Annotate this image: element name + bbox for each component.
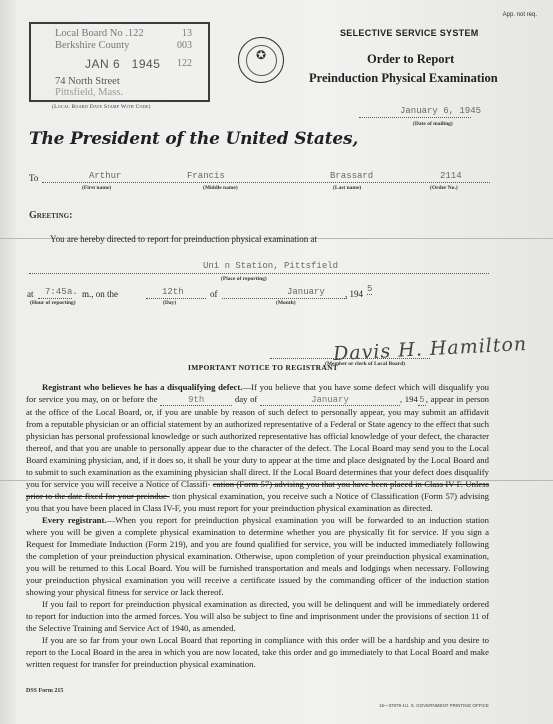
at-label: at (27, 289, 34, 299)
stamp-line-3: 74 North Street (55, 76, 120, 87)
report-day: 12th (162, 287, 184, 297)
form-id: DSS Form 215 (26, 688, 63, 694)
stamp-line-4: Pittsfield, Mass. (55, 87, 123, 98)
greeting: Greeting: (29, 210, 72, 221)
salutation: The President of the United States, (29, 129, 358, 149)
middle-name: Francis (187, 171, 225, 181)
first-name-caption: (First name) (82, 185, 111, 191)
document-title-line-1: Order to Report (367, 52, 454, 67)
defect-text-d: , appear in person at the office of the … (26, 394, 489, 489)
place-of-reporting: Uni n Station, Pittsfield (203, 261, 338, 271)
directive-text: You are hereby directed to report for pr… (50, 234, 317, 244)
mailing-date-caption: (Date of mailing) (413, 121, 453, 127)
stamp-caption: (Local Board Date Stamp With Code) (52, 104, 151, 110)
every-registrant-text: —When you report for preinduction physic… (26, 515, 489, 597)
notice-paragraph-transfer: If you are so far from your own Local Bo… (26, 634, 489, 670)
on-the-label: m., on the (82, 289, 118, 299)
stamp-code-2: 003 (177, 40, 192, 51)
report-month: January (287, 287, 325, 297)
document-title-line-2: Preinduction Physical Examination (309, 71, 498, 86)
hour-caption: (Hour of reporting) (30, 300, 76, 306)
selective-service-seal-icon: ✪ (238, 37, 284, 83)
report-year-digit: 5 (367, 284, 372, 295)
defect-deadline-year: 5 (418, 395, 426, 406)
document-page: Local Board No .122 13 Berkshire County … (0, 0, 553, 724)
day-caption: (Day) (163, 300, 176, 306)
of-label: of (210, 289, 218, 299)
print-code: 16—37979-1 (379, 703, 405, 708)
year-prefix: , 194 (345, 289, 363, 299)
stamp-line-2: Berkshire County (55, 40, 129, 51)
am-pm: a. (67, 287, 78, 297)
defect-text-b: day of (235, 394, 257, 404)
notice-paragraph-defect: Registrant who believes he has a disqual… (26, 381, 489, 514)
middle-name-caption: (Middle name) (203, 185, 238, 191)
every-registrant-lead: Every registrant. (42, 515, 107, 525)
local-board-stamp: Local Board No .122 13 Berkshire County … (29, 22, 210, 102)
defect-deadline-month: January (260, 395, 400, 406)
notice-body: Registrant who believes he has a disqual… (26, 381, 489, 670)
printer-name: U. S. GOVERNMENT PRINTING OFFICE (405, 703, 489, 708)
notice-heading: IMPORTANT NOTICE TO REGISTRANT (188, 363, 338, 372)
notice-paragraph-every-registrant: Every registrant.—When you report for pr… (26, 514, 489, 598)
last-name: Brassard (330, 171, 373, 181)
approval-note: App. not req. (503, 12, 537, 18)
first-name: Arthur (89, 171, 121, 181)
hour-of-reporting: 7:45 (45, 287, 67, 297)
mailing-date: January 6, 1945 (400, 106, 481, 116)
defect-lead: Registrant who believes he has a disqual… (42, 382, 242, 392)
stamp-date: JAN 6 1945 (85, 57, 160, 71)
agency-name: SELECTIVE SERVICE SYSTEM (340, 28, 479, 38)
last-name-caption: (Last name) (333, 185, 361, 191)
place-caption: (Place of reporting) (221, 276, 267, 282)
defect-deadline-day: 9th (160, 395, 232, 406)
order-number: 2114 (440, 171, 462, 181)
to-label: To (29, 173, 38, 183)
stamp-line-1: Local Board No .122 (55, 28, 144, 39)
defect-text-c: , 194 (400, 394, 418, 404)
notice-paragraph-delinquency: If you fail to report for preinduction p… (26, 598, 489, 634)
order-number-caption: (Order No.) (430, 185, 458, 191)
month-caption: (Month) (276, 300, 296, 306)
stamp-code-1: 13 (182, 28, 192, 39)
stamp-code-3: 122 (177, 58, 192, 69)
